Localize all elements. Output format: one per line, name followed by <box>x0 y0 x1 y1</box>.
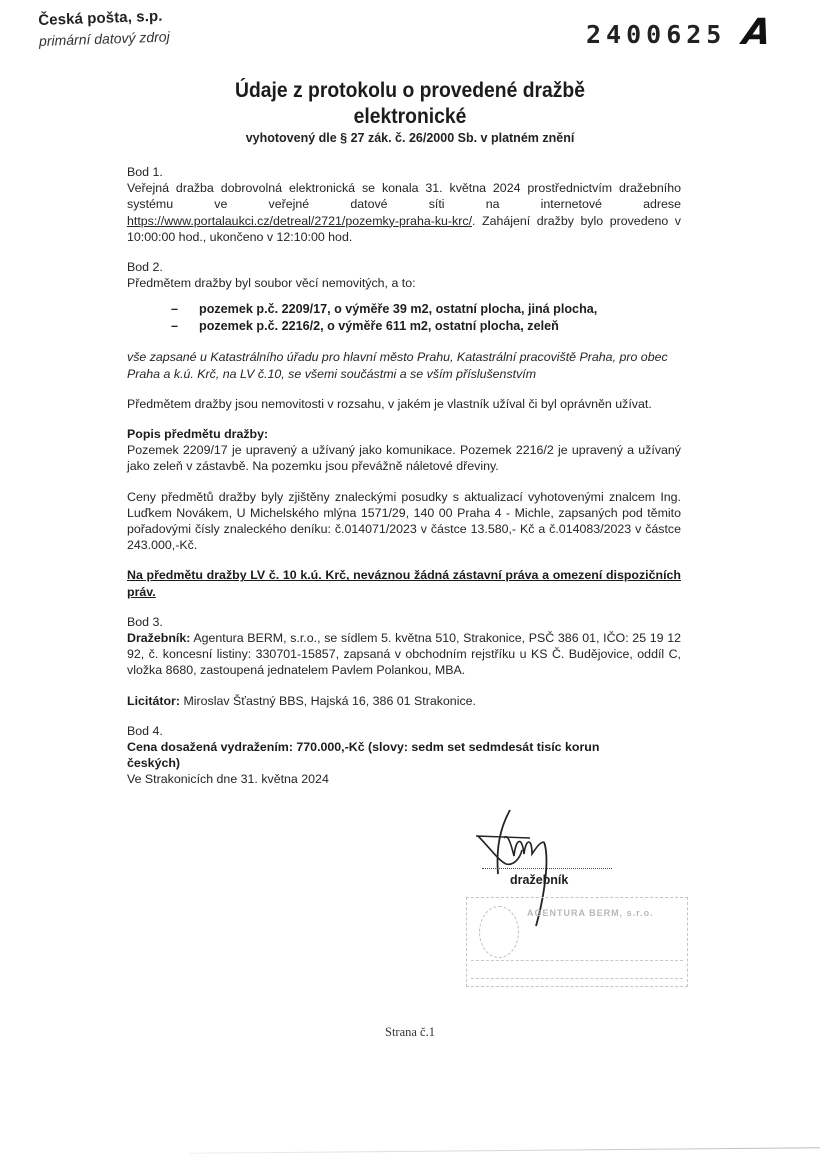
bullet-dash-icon: – <box>171 301 178 318</box>
encumbrance-note: Na předmětu dražby LV č. 10 k.ú. Krč, ne… <box>127 567 681 599</box>
licitator-text: Miroslav Šťastný BBS, Hajská 16, 386 01 … <box>180 694 476 708</box>
list-item: –pozemek p.č. 2216/2, o výměře 611 m2, o… <box>171 318 681 335</box>
page-number: Strana č.1 <box>0 1025 820 1040</box>
auction-info-paragraph: Veřejná dražba dobrovolná elektronická s… <box>127 180 681 245</box>
stamp-seal-icon <box>479 906 519 958</box>
auction-info-text: Veřejná dražba dobrovolná elektronická s… <box>127 181 681 211</box>
document-number: 2400625 <box>586 20 726 49</box>
section-heading: Bod 3. <box>127 614 681 630</box>
subject-intro: Předmětem dražby byl soubor věcí nemovit… <box>127 275 681 291</box>
signature-role: dražebník <box>510 873 568 887</box>
scan-artifact-line <box>190 1147 820 1153</box>
title-line-2: elektronické <box>33 104 787 130</box>
description-paragraph: Pozemek 2209/17 je upravený a užívaný ja… <box>127 442 681 474</box>
issuer-name: Česká pošta, s.p. <box>38 7 169 29</box>
document-page: Česká pošta, s.p. primární datový zdroj … <box>0 0 820 1176</box>
licitator-label: Licitátor: <box>127 694 180 708</box>
title-line-1: Údaje z protokolu o provedené dražbě <box>33 78 787 104</box>
section-heading: Bod 1. <box>127 164 681 180</box>
scope-paragraph: Předmětem dražby jsou nemovitosti v rozs… <box>127 396 681 412</box>
issuer-block: Česká pošta, s.p. primární datový zdroj <box>38 7 170 49</box>
signature-line <box>482 868 612 869</box>
page-title: Údaje z protokolu o provedené dražbě ele… <box>33 78 787 130</box>
description-heading: Popis předmětu dražby: <box>127 426 681 442</box>
bullet-dash-icon: – <box>171 318 178 335</box>
property-list: –pozemek p.č. 2209/17, o výměře 39 m2, o… <box>127 301 681 335</box>
valuation-paragraph: Ceny předmětů dražby byly zjištěny znale… <box>127 489 681 554</box>
property-item-text: pozemek p.č. 2209/17, o výměře 39 m2, os… <box>199 302 597 316</box>
section-heading: Bod 2. <box>127 259 681 275</box>
section-bod-2: Bod 2. Předmětem dražby byl soubor věcí … <box>127 259 681 600</box>
auctioneer-text: Agentura BERM, s.r.o., se sídlem 5. květ… <box>127 631 681 677</box>
page-subtitle: vyhotovený dle § 27 zák. č. 26/2000 Sb. … <box>0 131 820 145</box>
document-body: Bod 1. Veřejná dražba dobrovolná elektro… <box>127 164 681 788</box>
stamp-divider <box>471 978 683 979</box>
section-bod-3: Bod 3. Dražebník: Agentura BERM, s.r.o.,… <box>127 614 681 709</box>
registry-note: vše zapsané u Katastrálního úřadu pro hl… <box>127 349 681 381</box>
place-and-date: Ve Strakonicích dne 31. května 2024 <box>127 771 681 787</box>
section-bod-1: Bod 1. Veřejná dražba dobrovolná elektro… <box>127 164 681 245</box>
section-heading: Bod 4. <box>127 723 681 739</box>
document-mark: A <box>740 12 774 53</box>
property-item-text: pozemek p.č. 2216/2, o výměře 611 m2, os… <box>199 319 559 333</box>
stamp-divider <box>471 960 683 961</box>
company-stamp: AGENTURA BERM, s.r.o. <box>466 897 688 987</box>
list-item: –pozemek p.č. 2209/17, o výměře 39 m2, o… <box>171 301 681 318</box>
section-bod-4: Bod 4. Cena dosažená vydražením: 770.000… <box>127 723 681 772</box>
issuer-subtitle: primární datový zdroj <box>39 28 170 49</box>
auctioneer-paragraph: Dražebník: Agentura BERM, s.r.o., se síd… <box>127 630 681 679</box>
final-price: Cena dosažená vydražením: 770.000,-Kč (s… <box>127 739 681 771</box>
auction-url-link[interactable]: https://www.portalaukci.cz/detreal/2721/… <box>127 214 472 228</box>
auctioneer-label: Dražebník: <box>127 631 190 645</box>
stamp-text: AGENTURA BERM, s.r.o. <box>527 908 654 918</box>
licitator-paragraph: Licitátor: Miroslav Šťastný BBS, Hajská … <box>127 693 681 709</box>
